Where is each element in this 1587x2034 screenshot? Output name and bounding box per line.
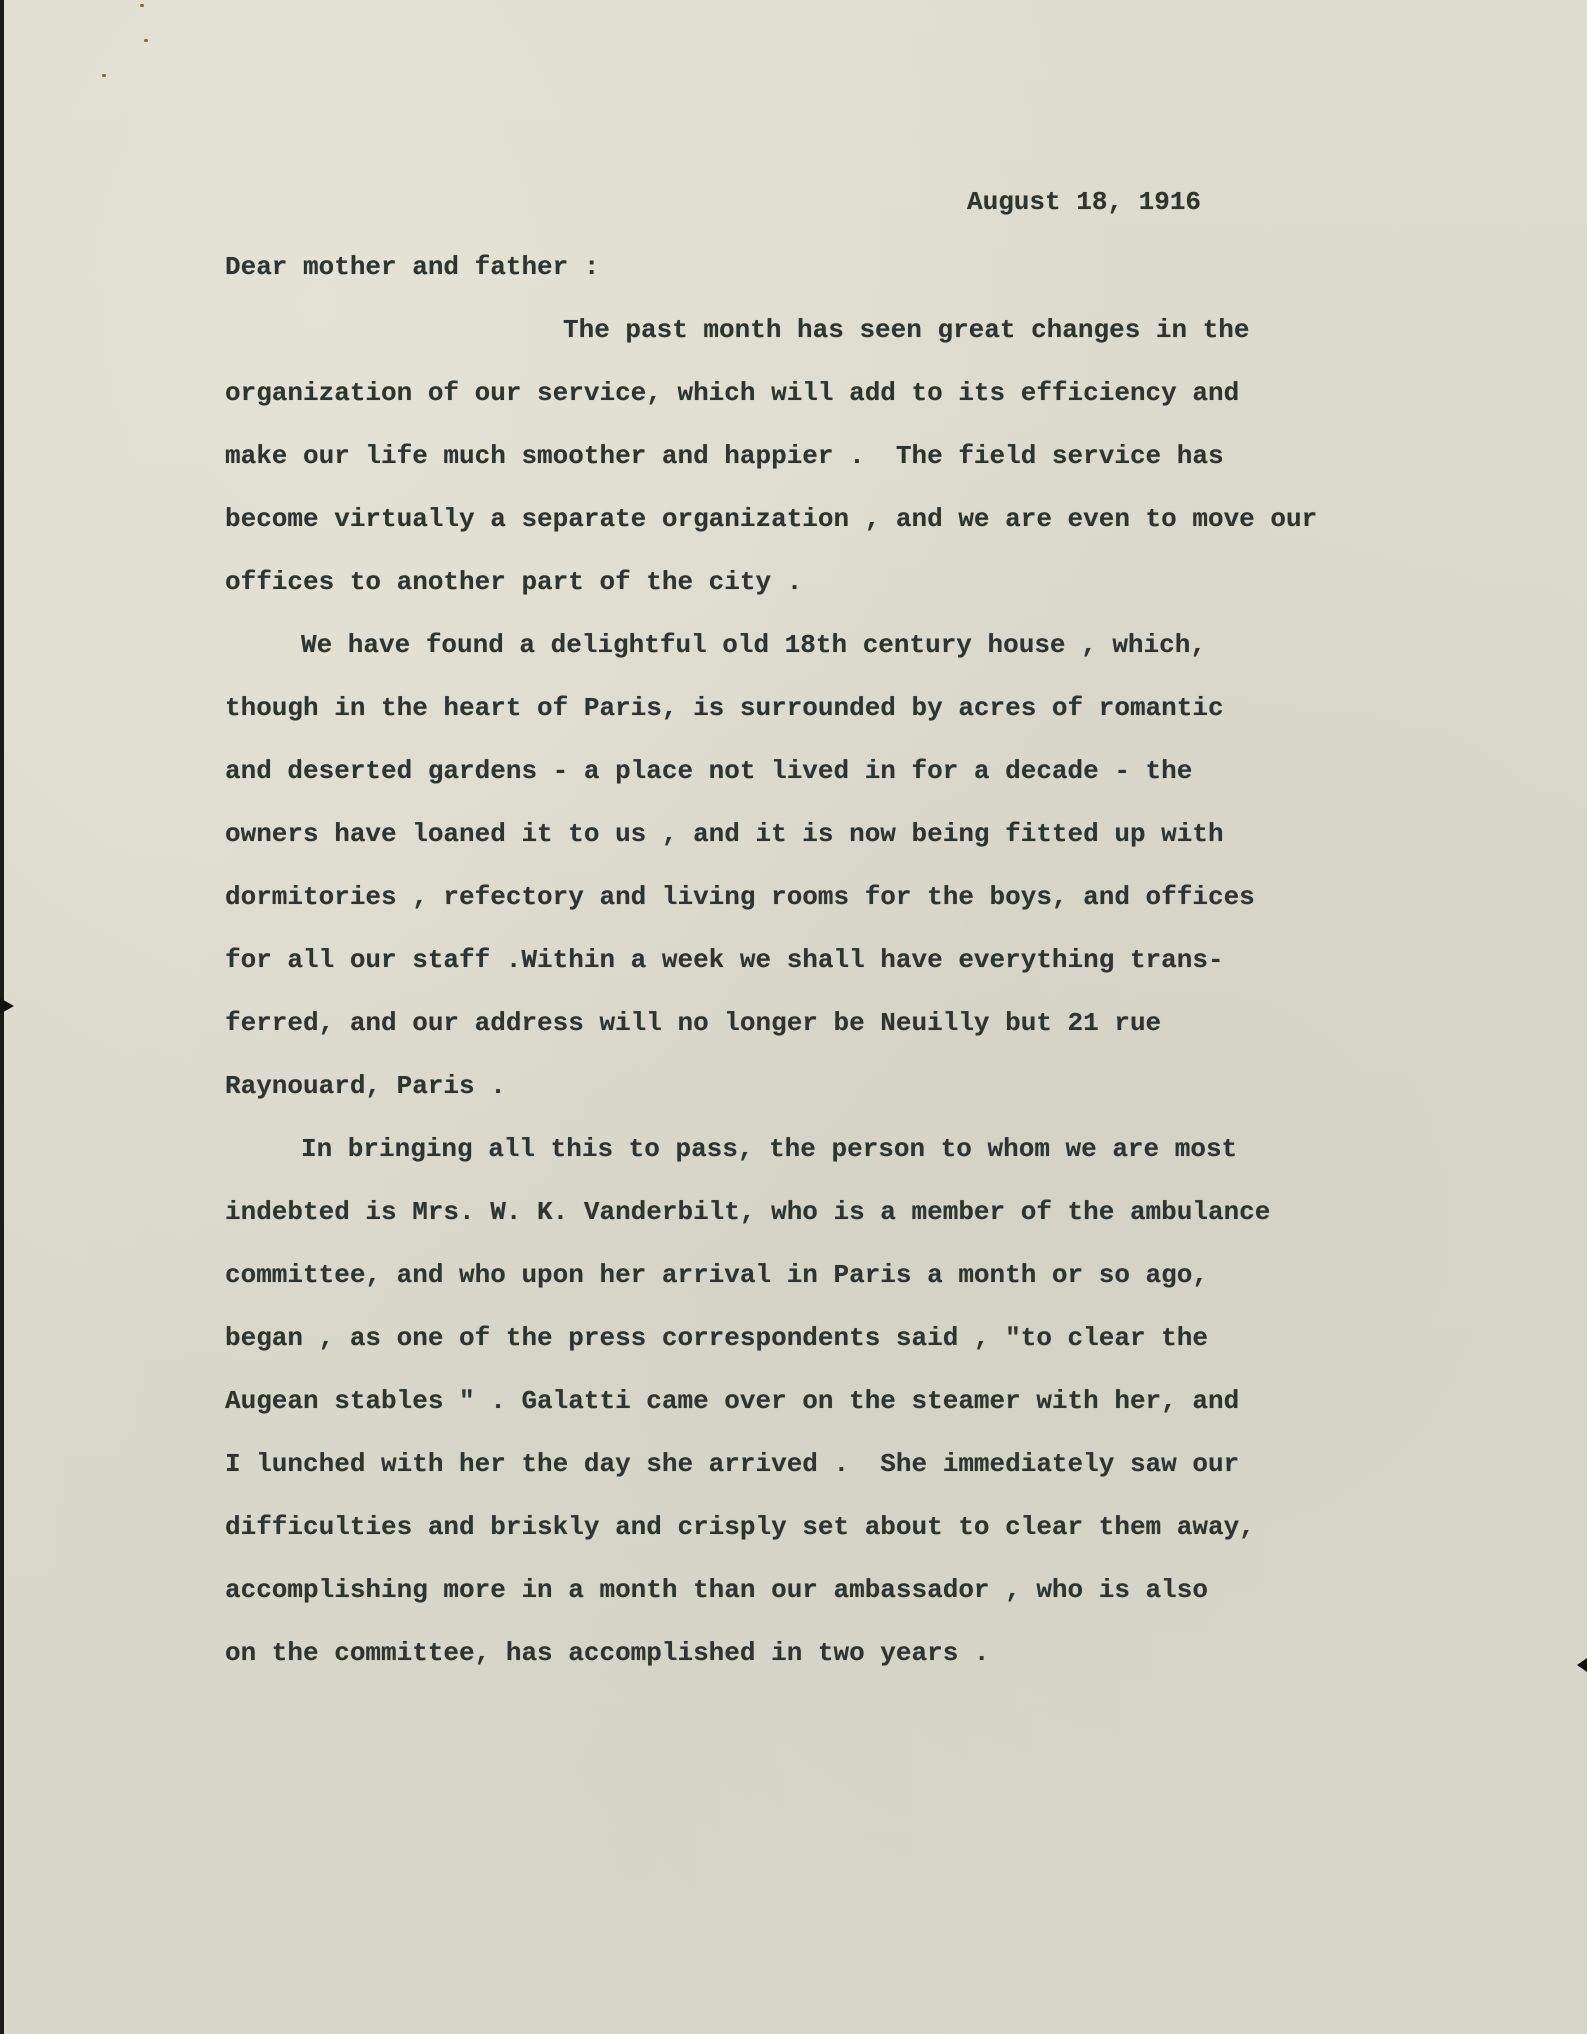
paragraph-3-line-7: difficulties and briskly and crisply set… <box>225 1512 1255 1542</box>
paragraph-3-line-4: began , as one of the press corresponden… <box>225 1323 1208 1353</box>
paragraph-1-line-4: become virtually a separate organization… <box>225 504 1317 534</box>
paragraph-3-line-8: accomplishing more in a month than our a… <box>225 1575 1208 1605</box>
paragraph-2-line-1: We have found a delightful old 18th cent… <box>301 630 1206 660</box>
paragraph-2-line-2: though in the heart of Paris, is surroun… <box>225 693 1224 723</box>
paragraph-3-line-6: I lunched with her the day she arrived .… <box>225 1449 1239 1479</box>
paragraph-3-line-5: Augean stables " . Galatti came over on … <box>225 1386 1239 1416</box>
paragraph-2-line-5: dormitories , refectory and living rooms… <box>225 882 1255 912</box>
paragraph-3-line-9: on the committee, has accomplished in tw… <box>225 1638 990 1668</box>
paragraph-1-line-1: The past month has seen great changes in… <box>563 315 1250 345</box>
paragraph-3-line-1: In bringing all this to pass, the person… <box>301 1134 1237 1164</box>
letter-body: August 18, 1916 Dear mother and father :… <box>0 0 1587 2034</box>
paragraph-2-line-3: and deserted gardens - a place not lived… <box>225 756 1192 786</box>
paragraph-1-line-3: make our life much smoother and happier … <box>225 441 1224 471</box>
paragraph-3-line-2: indebted is Mrs. W. K. Vanderbilt, who i… <box>225 1197 1270 1227</box>
paragraph-1-line-5: offices to another part of the city . <box>225 567 802 597</box>
paragraph-3-line-3: committee, and who upon her arrival in P… <box>225 1260 1208 1290</box>
letter-date: August 18, 1916 <box>967 187 1201 217</box>
paragraph-1-line-2: organization of our service, which will … <box>225 378 1239 408</box>
paragraph-2-line-4: owners have loaned it to us , and it is … <box>225 819 1224 849</box>
paragraph-2-line-7: ferred, and our address will no longer b… <box>225 1008 1161 1038</box>
letter-salutation: Dear mother and father : <box>225 252 599 282</box>
paragraph-2-line-8: Raynouard, Paris . <box>225 1071 506 1101</box>
paragraph-2-line-6: for all our staff .Within a week we shal… <box>225 945 1224 975</box>
